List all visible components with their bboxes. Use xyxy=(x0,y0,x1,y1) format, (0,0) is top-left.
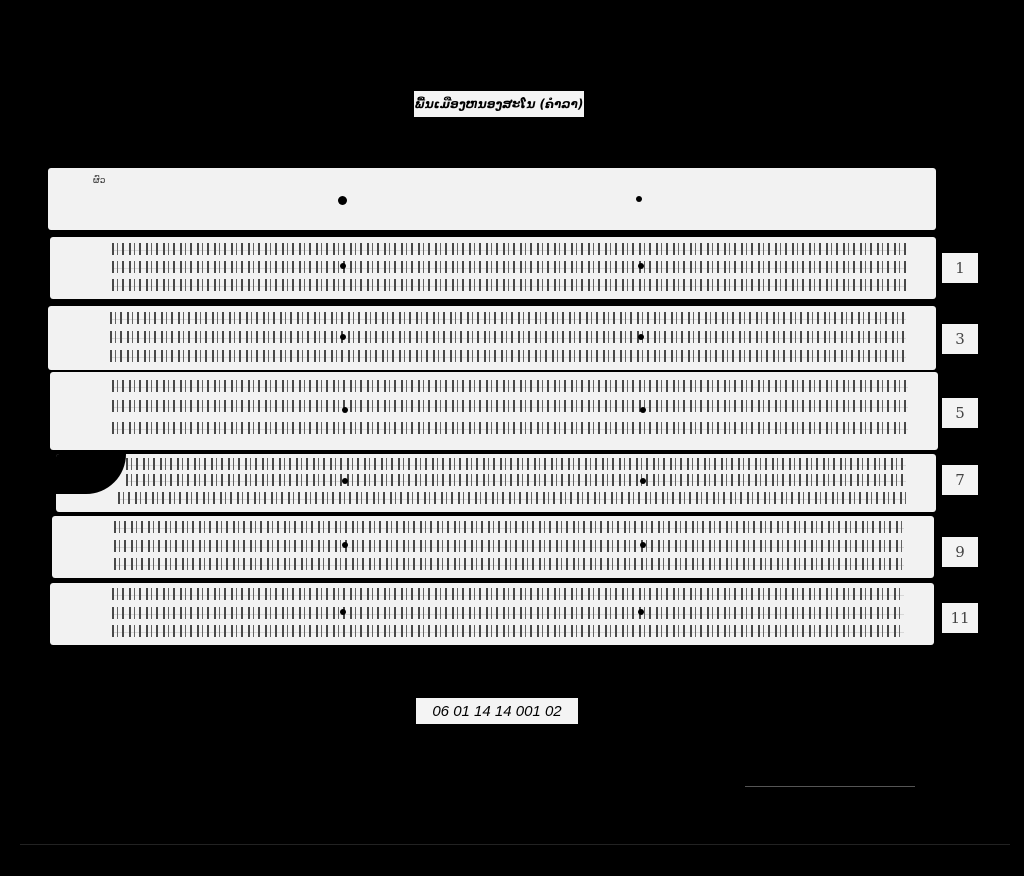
binding-hole xyxy=(638,334,644,340)
script-line xyxy=(114,558,904,570)
script-line xyxy=(112,400,908,412)
script-line xyxy=(114,521,904,533)
leaf-number-label: 3 xyxy=(942,324,978,354)
leaf-number-label: 11 xyxy=(942,603,978,633)
binding-hole xyxy=(342,478,348,484)
script-line xyxy=(126,474,906,486)
leaf-number-label: 1 xyxy=(942,253,978,283)
binding-hole xyxy=(342,542,348,548)
catalog-code-label: 06 01 14 14 001 02 xyxy=(416,698,578,724)
binding-hole xyxy=(340,263,346,269)
binding-hole xyxy=(338,196,347,205)
script-line xyxy=(126,458,906,470)
script-line xyxy=(110,312,906,324)
script-line xyxy=(118,492,906,504)
palm-leaf xyxy=(52,516,934,578)
palm-leaf-cover: ຜົວ xyxy=(48,168,936,230)
binding-hole xyxy=(340,334,346,340)
binding-hole xyxy=(640,542,646,548)
title-label: ພື້ນເມືອງຫນອງສະໂນ (ຄຳລາ) xyxy=(414,91,584,117)
palm-leaf xyxy=(50,372,938,450)
script-line xyxy=(112,380,908,392)
leaf-number-label: 9 xyxy=(942,537,978,567)
binding-hole xyxy=(640,407,646,413)
palm-leaf xyxy=(56,454,936,512)
palm-leaf xyxy=(50,237,936,299)
leaf-number-label: 5 xyxy=(942,398,978,428)
binding-hole xyxy=(342,407,348,413)
script-line xyxy=(112,607,904,619)
palm-leaf xyxy=(50,583,934,645)
script-line xyxy=(112,625,904,637)
palm-leaf xyxy=(48,306,936,370)
binding-hole xyxy=(638,609,644,615)
binding-hole xyxy=(638,263,644,269)
leaf-number-label: 7 xyxy=(942,465,978,495)
script-line xyxy=(114,540,904,552)
margin-mark: ຜົວ xyxy=(93,176,105,186)
binding-hole xyxy=(340,609,346,615)
script-line xyxy=(112,588,904,600)
script-line xyxy=(112,261,906,273)
script-line xyxy=(112,243,906,255)
script-line xyxy=(110,331,906,343)
binding-hole xyxy=(640,478,646,484)
leaf-damage xyxy=(56,454,126,494)
scan-noise xyxy=(20,844,1010,845)
binding-hole xyxy=(636,196,642,202)
script-line xyxy=(112,422,908,434)
script-line xyxy=(112,279,906,291)
script-line xyxy=(110,350,906,362)
scan-noise xyxy=(745,786,915,787)
